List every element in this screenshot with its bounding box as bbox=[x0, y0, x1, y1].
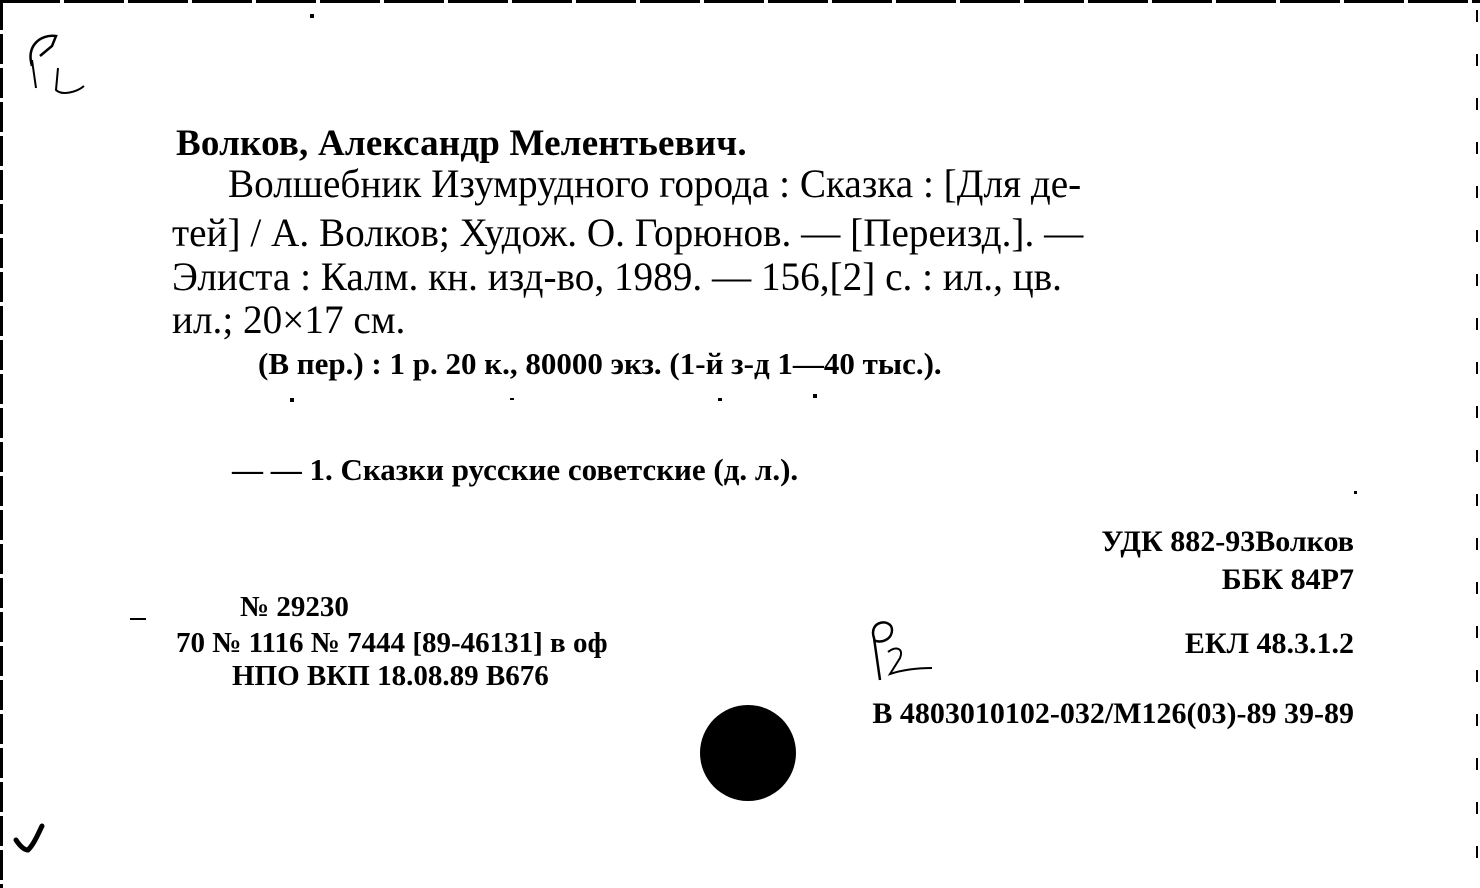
speck bbox=[310, 14, 314, 18]
speck bbox=[290, 398, 294, 402]
hole-punch-stamp bbox=[700, 705, 796, 801]
author-heading: Волков, Александр Мелентьевич. bbox=[176, 122, 747, 165]
speck bbox=[718, 398, 722, 401]
card-number: № 29230 bbox=[240, 591, 349, 624]
handwritten-mark-top-left bbox=[22, 26, 92, 96]
udk-code: УДК 882-93Волков bbox=[1101, 525, 1354, 559]
handwritten-mark-middle bbox=[860, 618, 940, 688]
printer-line: НПО ВКП 18.08.89 В676 bbox=[232, 660, 549, 693]
order-line: 70 № 1116 № 7444 [89-46131] в оф bbox=[176, 627, 608, 660]
card-left-edge bbox=[0, 0, 3, 888]
description-line-1: Волшебник Изумрудного города : Сказка : … bbox=[228, 160, 1081, 207]
speck bbox=[1354, 491, 1357, 494]
description-line-3: Элиста : Калм. кн. изд-во, 1989. — 156,[… bbox=[172, 253, 1062, 300]
bbk-code: ББК 84Р7 bbox=[1222, 563, 1354, 597]
check-mark-icon bbox=[12, 820, 48, 860]
price-line: (В пер.) : 1 р. 20 к., 80000 экз. (1-й з… bbox=[258, 346, 942, 382]
card-top-edge bbox=[0, 0, 1480, 3]
catalog-card: Волков, Александр Мелентьевич. Волшебник… bbox=[0, 0, 1480, 888]
description-line-2: тей] / А. Волков; Худож. О. Горюнов. — [… bbox=[172, 209, 1083, 256]
speck bbox=[510, 398, 514, 400]
description-line-4: ил.; 20×17 см. bbox=[172, 296, 405, 343]
isbn-code: В 4803010102-032/М126(03)-89 39-89 bbox=[872, 697, 1354, 731]
speck bbox=[813, 394, 817, 398]
speck bbox=[130, 618, 146, 620]
subject-line: — — 1. Сказки русские советские (д. л.). bbox=[232, 452, 798, 488]
ekl-code: ЕКЛ 48.3.1.2 bbox=[1185, 627, 1354, 661]
card-right-edge bbox=[1476, 10, 1478, 888]
